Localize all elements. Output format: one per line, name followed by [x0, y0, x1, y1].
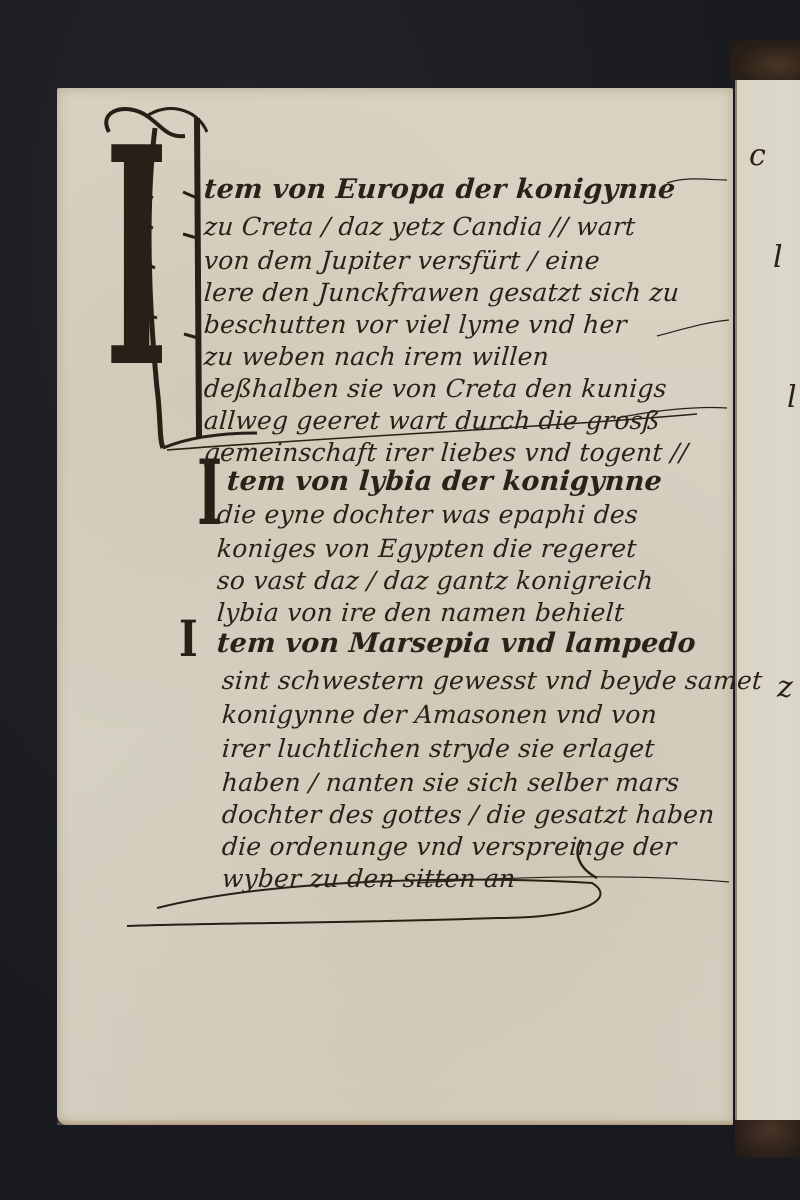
binding-leather-top	[730, 40, 800, 82]
facing-page-ink-mark: l	[787, 380, 797, 415]
manuscript-line: die ordenunge vnd verspreinge der	[221, 832, 677, 861]
section-initial: I	[179, 614, 198, 664]
manuscript-leaf: I tem von Europa der konigynne zu Creta …	[57, 88, 733, 1125]
manuscript-line: beschutten vor viel lyme vnd her	[203, 310, 628, 339]
facing-page-ink-mark: l	[773, 240, 783, 275]
facing-page-ink-mark: z	[777, 670, 793, 705]
manuscript-photo: c l l z I	[0, 0, 800, 1200]
manuscript-line: tem von Marsepia vnd lampedo	[216, 628, 697, 659]
manuscript-line: koniges von Egypten die regeret	[216, 534, 638, 563]
manuscript-line: konigynne der Amasonen vnd von	[221, 700, 658, 729]
manuscript-line: lere den Junckfrawen gesatzt sich zu	[203, 278, 680, 307]
facing-page-edge: c l l z	[735, 80, 800, 1120]
manuscript-line: wyber zu den sitten an	[221, 864, 516, 893]
manuscript-line: so vast daz / daz gantz konigreich	[216, 566, 654, 595]
manuscript-line: zu weben nach irem willen	[203, 342, 550, 371]
manuscript-line: tem von Europa der konigynne	[203, 174, 677, 205]
text-block: tem von Europa der konigynne zu Creta / …	[57, 88, 733, 1125]
manuscript-line: von dem Jupiter versfürt / eine	[203, 246, 601, 275]
manuscript-line: dochter des gottes / die gesatzt haben	[221, 800, 716, 829]
manuscript-line: allweg geeret wart durch die grosß	[203, 406, 661, 435]
manuscript-line: irer luchtlichen stryde sie erlaget	[221, 734, 656, 763]
manuscript-line: deßhalben sie von Creta den kunigs	[203, 374, 668, 403]
facing-page-ink-mark: c	[749, 138, 766, 173]
manuscript-line: haben / nanten sie sich selber mars	[221, 768, 680, 797]
manuscript-line: gemeinschaft irer liebes vnd togent //	[203, 438, 689, 467]
manuscript-line: zu Creta / daz yetz Candia // wart	[203, 212, 636, 241]
manuscript-line: tem von lybia der konigynne	[226, 466, 663, 497]
binding-leather-bottom	[735, 1118, 800, 1158]
manuscript-line: die eyne dochter was epaphi des	[216, 500, 639, 529]
manuscript-line: sint schwestern gewesst vnd beyde samet	[221, 666, 763, 695]
manuscript-line: lybia von ire den namen behielt	[216, 598, 625, 627]
